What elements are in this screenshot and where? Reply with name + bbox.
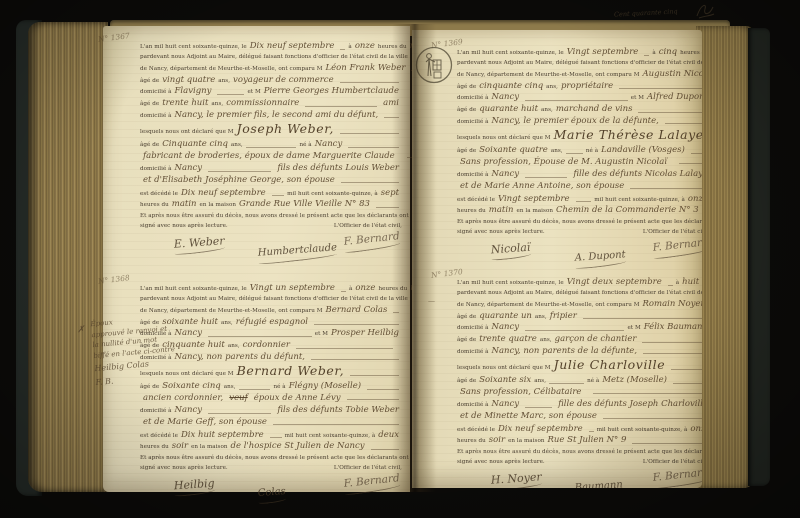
deceased-domicile: Nancy: [492, 170, 520, 179]
death-date: Dix neuf septembre: [498, 425, 583, 434]
printed-text: signé avec nous après lecture.: [457, 229, 545, 237]
death-hour: sept: [381, 189, 399, 198]
printed-text: ans,: [540, 337, 552, 345]
form-line: âgé de trente huit ans, commissionnaire …: [140, 99, 402, 109]
officer-row: signé avec nous après lecture. L'Officie…: [457, 229, 702, 237]
signature-officer: F. Bernard: [343, 231, 400, 252]
register-page-left: N° 1367 L'an mil huit cent soixante-quin…: [103, 26, 410, 492]
printed-text: en la maison: [200, 202, 236, 210]
printed-text: pardevant nous Adjoint au Maire, délégué…: [140, 296, 408, 304]
signature-officer: F. Bernard: [652, 237, 702, 258]
form-line: domicilié à Flavigny et M Pierre Georges…: [140, 87, 402, 97]
form-line: domicilié à Nancy fille des défunts Jose…: [457, 400, 702, 410]
folio-paraph: [694, 2, 716, 20]
form-line: âgé de cinquante cinq ans, propriétaire: [457, 82, 702, 92]
form-line-status: Sans profession, Célibataire: [457, 388, 702, 397]
form-line: Et après nous être assuré du décès, nous…: [140, 455, 402, 463]
printed-text: âgé de: [457, 107, 476, 115]
deceased-birthplace: Landaville (Vosges): [601, 146, 685, 155]
death-hour: onze: [690, 425, 702, 434]
entry-hour: onze: [355, 284, 375, 293]
signature-witness1: Nicolaï: [490, 241, 531, 260]
form-line: domicilié à Nancy, non parents de la déf…: [457, 347, 702, 357]
form-line: Et après nous être assuré du décès, nous…: [457, 219, 702, 227]
rule-line: [311, 358, 399, 360]
signatures: E. Weber Humbertclaude F. Bernard: [140, 236, 402, 266]
witness2-age: quarante huit: [479, 105, 538, 114]
form-line-death: est décédé le Dix neuf septembre mil hui…: [457, 425, 702, 435]
form-line: domicilié à Nancy, le premier époux de l…: [457, 117, 702, 127]
rule-line: [642, 341, 702, 343]
printed-text: né à: [273, 384, 285, 392]
rule-line: [679, 162, 702, 164]
witnesses-relation: Nancy, le premier fils, le second ami du…: [175, 111, 379, 120]
rule-line: [208, 412, 271, 414]
printed-text: L'an mil huit cent soixante-quinze, le: [457, 280, 564, 288]
witness1-occupation: fripier: [550, 312, 577, 321]
deceased-age: Soixante cinq: [162, 382, 221, 391]
rule-line: [691, 152, 702, 154]
printed-text: de Nancy, département de Meurthe-et-Mose…: [457, 302, 640, 310]
death-date: Dix huit septembre: [181, 431, 264, 440]
rule-line: [340, 81, 399, 83]
signature-witness1: H. Noyer: [491, 471, 543, 488]
death-record-1370: N° 1370 L'an mil huit cent soixante-quin…: [457, 278, 702, 488]
rule-line: [340, 48, 345, 50]
entry-date: Dix neuf septembre: [250, 42, 335, 51]
printed-text: lesquels nous ont déclaré que M: [140, 129, 234, 137]
printed-text: ans,: [218, 78, 230, 86]
witness2-name: Pierre Georges Humbertclaude: [264, 87, 399, 96]
rule-line: [632, 442, 702, 444]
printed-text: domicilié à: [457, 172, 489, 180]
printed-text: mil huit cent soixante-quinze, à: [287, 191, 378, 199]
closing-paragraph: Et après nous être assuré du décès, nous…: [140, 455, 402, 473]
printed-text: heures du: [140, 444, 169, 452]
printed-text: et M: [631, 95, 644, 103]
printed-text: domicilié à: [457, 349, 489, 357]
witness2-name: Prosper Heilbig: [331, 329, 399, 338]
rule-line: [341, 181, 399, 183]
rule-line: [589, 430, 594, 432]
printed-text: L'an mil huit cent soixante-quinze, le: [140, 286, 247, 294]
rule-line: [217, 93, 244, 95]
form-line-status: fabricant de broderies, époux de dame Ma…: [140, 152, 402, 161]
printed-text: âgé de: [140, 142, 159, 150]
printed-text: en la maison: [508, 438, 544, 446]
printed-text: en la maison: [191, 444, 227, 452]
printed-text: signé avec nous après lecture.: [140, 223, 228, 231]
printed-text: domicilié à: [457, 402, 489, 410]
printed-text: né à: [587, 378, 599, 386]
margin-dash-mark: —: [428, 298, 435, 305]
form-line: domicilié à Nancy fils des défunts Louis…: [140, 164, 402, 174]
form-line-status: Sans profession, Épouse de M. Augustin N…: [457, 158, 702, 167]
death-period: matin: [172, 200, 197, 209]
officer-row: signé avec nous après lecture. L'Officie…: [140, 223, 402, 231]
printed-text: à: [348, 44, 351, 52]
rule-line: [239, 388, 271, 390]
signatures: Heilbig Colas F. Bernard: [140, 478, 402, 508]
rule-line: [643, 352, 702, 354]
form-line: âgé de quarante un ans, fripier: [457, 312, 702, 322]
rule-line: [270, 436, 282, 438]
form-line: Et après nous être assuré du décès, nous…: [140, 213, 402, 221]
form-line: âgé de vingt quatre ans, voyageur de com…: [140, 76, 402, 86]
rule-line: [371, 448, 399, 450]
witness2-occupation: marchand de vins: [556, 105, 633, 114]
rule-line: [525, 406, 552, 408]
entry-hour: onze: [355, 42, 375, 51]
printed-text: heures du: [457, 438, 486, 446]
form-line: pardevant nous Adjoint au Maire, délégué…: [457, 60, 702, 68]
deceased-age: Soixante six: [479, 376, 531, 385]
rule-line: [208, 335, 312, 337]
rule-line: [644, 54, 649, 56]
printed-text: ans,: [231, 142, 243, 150]
printed-text: à: [349, 286, 352, 294]
printed-text: âgé de: [457, 337, 476, 345]
officer-label: L'Officier de l'état civil,: [643, 229, 702, 237]
deceased-status: ancien cordonnier,: [143, 394, 223, 403]
binding-edge-right: [748, 28, 770, 486]
witness2-occupation: commissionnaire: [226, 99, 299, 108]
rule-line: [208, 170, 271, 172]
officer-row: signé avec nous après lecture. L'Officie…: [140, 465, 402, 473]
printed-text: âgé de: [457, 314, 476, 322]
printed-text: est décédé le: [457, 427, 495, 435]
death-period: soir: [489, 436, 505, 445]
rule-line: [668, 284, 673, 286]
page-edges-left: [28, 22, 108, 492]
form-line: heures du matin en la maison Grande Rue …: [140, 200, 402, 210]
margin-cross-mark: ✗: [77, 324, 86, 338]
printed-text: âgé de: [140, 78, 159, 86]
form-line: pardevant nous Adjoint au Maire, délégué…: [457, 290, 702, 298]
signature-witness1: E. Weber: [174, 235, 226, 255]
signature-witness2: Baumann: [575, 480, 624, 488]
closing-paragraph: Et après nous être assuré du décès, nous…: [457, 219, 702, 237]
death-house: Chemin de la Commanderie N° 3: [556, 206, 699, 215]
death-date: Dix neuf septembre: [181, 189, 266, 198]
mother-line: et d'Elisabeth Joséphine George, son épo…: [143, 176, 335, 185]
witnesses-relation: Nancy, le premier époux de la défunte,: [492, 117, 659, 126]
rule-line: [619, 87, 702, 89]
signature-officer: F. Bernard: [343, 473, 400, 494]
death-period: soir: [172, 442, 188, 451]
printed-text: domicilié à: [140, 408, 172, 416]
rule-line: [376, 206, 399, 208]
printed-text: mil huit cent soixante-quinze, à: [597, 427, 688, 435]
printed-text: L'an mil huit cent soixante-quinze, le: [140, 44, 247, 52]
entry-date: Vingt septembre: [567, 48, 639, 57]
form-line-death: est décédé le Dix neuf septembre mil hui…: [140, 189, 402, 199]
form-line: âgé de quarante huit ans, marchand de vi…: [457, 105, 702, 115]
witness2-occupation: garçon de chantier: [555, 335, 637, 344]
deceased-name: Joseph Weber,: [237, 123, 334, 136]
page-edges-right: [696, 26, 754, 488]
margin-annotation: ✗ Époux approuvé le renvoi et la nullité…: [90, 309, 214, 389]
form-line: domicilié à Nancy, le premier fils, le s…: [140, 111, 402, 121]
record-number: N° 1367: [98, 32, 130, 43]
witnesses-relation: Nancy, non parents de la défunte,: [492, 347, 638, 356]
rule-line: [272, 194, 284, 196]
printed-text: mil huit cent soixante-quinze, à: [594, 197, 685, 205]
death-house: Grande Rue Ville Vieille N° 83: [239, 200, 370, 209]
death-period: matin: [489, 206, 514, 215]
form-line: pardevant nous Adjoint au Maire, délégué…: [140, 296, 402, 304]
rule-line: [583, 317, 702, 319]
mother-line: et de Minette Marc, son épouse: [460, 412, 597, 421]
form-line-opening: L'an mil huit cent soixante-quinze, le V…: [457, 278, 702, 288]
printed-text: Et après nous être assuré du décès, nous…: [140, 213, 409, 221]
mother-line: et de Marie Geff, son épouse: [143, 418, 267, 427]
witness1-occupation: voyageur de commerce: [233, 76, 334, 85]
rule-line: [407, 156, 412, 158]
printed-text: âgé de: [457, 148, 476, 156]
death-record-1367: N° 1367 L'an mil huit cent soixante-quin…: [140, 42, 402, 266]
form-line-opening: L'an mil huit cent soixante-quinze, le V…: [140, 284, 402, 294]
signature-witness2: A. Dupont: [575, 250, 627, 269]
signatures: H. Noyer Baumann F. Bernard: [457, 472, 702, 488]
rule-line: [296, 347, 393, 349]
form-line-declaration: lesquels nous ont déclaré que M Julie Ch…: [457, 359, 702, 373]
printed-text: de Nancy, département de Meurthe-et-Mose…: [457, 72, 640, 80]
form-line: âgé de Soixante six ans, né à Metz (Mose…: [457, 376, 702, 386]
printed-text: ans,: [535, 314, 547, 322]
father-line: fille des défunts Joseph Charloville: [558, 400, 702, 409]
printed-text: ans,: [224, 384, 236, 392]
signature-officer: F. Bernard: [652, 467, 702, 488]
record-number: N° 1368: [98, 274, 130, 285]
printed-text: et M: [315, 331, 328, 339]
margin-signature: Heilbig: [94, 362, 124, 374]
form-line: domicilié à Nancy fille des défunts Nico…: [457, 170, 702, 180]
printed-text: domicilié à: [140, 166, 172, 174]
deceased-name: Julie Charloville: [554, 359, 666, 372]
rule-line: [341, 290, 346, 292]
rule-line: [350, 374, 399, 376]
officer-row: signé avec nous après lecture. L'Officie…: [457, 459, 702, 467]
witness2-name: Félix Baumann: [644, 323, 702, 332]
deceased-status-continued: époux de Anne Lévy: [254, 394, 341, 403]
rule-line: [549, 382, 584, 384]
death-house: de l'hospice St Julien de Nancy: [231, 442, 365, 451]
officer-label: L'Officier de l'état civil,: [643, 459, 702, 467]
printed-text: et M: [247, 89, 260, 97]
witness1-name: Bernard Colas: [326, 306, 388, 315]
entry-date: Vingt un septembre: [250, 284, 335, 293]
signature-witness2: Colas: [258, 487, 287, 504]
rule-line: [630, 187, 702, 189]
form-line: domicilié à Nancy fils des défunts Tobie…: [140, 406, 402, 416]
printed-text: ans,: [534, 378, 546, 386]
form-line: âgé de trente quatre ans, garçon de chan…: [457, 335, 702, 345]
form-line-death: est décédé le Dix huit septembre mil hui…: [140, 431, 402, 441]
rule-line: [566, 152, 583, 154]
form-line: et de Marie Anne Antoine, son épouse: [457, 182, 702, 191]
printed-text: né à: [586, 148, 598, 156]
printed-text: est décédé le: [140, 433, 178, 441]
printed-text: heures du: [140, 202, 169, 210]
entry-hour: cinq: [659, 48, 677, 57]
printed-text: lesquels nous ont déclaré que M: [457, 365, 551, 373]
folio-number-note: Cent quarante cinq: [614, 8, 678, 18]
witness1-name: Romain Noyer: [643, 300, 703, 309]
rule-line: [671, 368, 702, 370]
witness1-occupation: propriétaire: [561, 82, 613, 91]
deceased-birthplace: Metz (Moselle): [602, 376, 667, 385]
rule-line: [305, 105, 377, 107]
signature-witness1: Heilbig: [173, 477, 215, 496]
rule-line: [525, 329, 624, 331]
form-line: âgé de Soixante cinq ans, né à Flégny (M…: [140, 382, 402, 392]
witness1-age: cinquante cinq: [479, 82, 543, 91]
deceased-status: Sans profession, Épouse de M. Augustin N…: [460, 158, 667, 167]
deceased-domicile: Nancy: [175, 406, 203, 415]
rule-line: [638, 111, 702, 113]
rule-line: [348, 146, 399, 148]
rule-line: [246, 146, 297, 148]
rule-line: [314, 323, 399, 325]
printed-text: domicilié à: [140, 113, 172, 121]
form-line-death: est décédé le Vingt septembre mil huit c…: [457, 195, 702, 205]
printed-text: domicilié à: [457, 119, 489, 127]
printed-text: pardevant nous Adjoint au Maire, délégué…: [140, 54, 408, 62]
printed-text: heures du: [378, 286, 407, 294]
printed-text: mil huit cent soixante-quinze, à: [285, 433, 376, 441]
deceased-birthplace: Nancy: [315, 140, 343, 149]
death-date: Vingt septembre: [498, 195, 570, 204]
printed-text: lesquels nous ont déclaré que M: [457, 135, 551, 143]
printed-text: âgé de: [140, 384, 159, 392]
form-line: domicilié à Nancy et M Alfred Dupont: [457, 93, 702, 103]
form-line: et d'Elisabeth Joséphine George, son épo…: [140, 176, 402, 185]
printed-text: âgé de: [457, 378, 476, 386]
printed-text: signé avec nous après lecture.: [140, 465, 228, 473]
witness1-occupation: réfugié espagnol: [236, 318, 308, 327]
closing-paragraph: Et après nous être assuré du décès, nous…: [457, 449, 702, 467]
death-hour: onze: [688, 195, 702, 204]
printed-text: né à: [299, 142, 311, 150]
closing-paragraph: Et après nous être assuré du décès, nous…: [140, 213, 402, 231]
rule-line: [673, 382, 702, 384]
father-line: fils des défunts Louis Weber: [277, 164, 399, 173]
printed-text: Et après nous être assuré du décès, nous…: [457, 219, 702, 227]
printed-text: âgé de: [457, 84, 476, 92]
witness2-age: trente huit: [162, 99, 208, 108]
printed-text: heures du: [378, 44, 407, 52]
rule-line: [393, 311, 399, 313]
printed-text: domicilié à: [457, 325, 489, 333]
rule-line: [525, 99, 628, 101]
register-photo: N° 1367 L'an mil huit cent soixante-quin…: [0, 0, 800, 518]
form-line: âgé de Soixante quatre ans, né à Landavi…: [457, 146, 702, 156]
deceased-name: Marie Thérèse Lalaye: [554, 129, 702, 142]
form-line-opening: L'an mil huit cent soixante-quinze, le D…: [140, 42, 402, 52]
form-line: pardevant nous Adjoint au Maire, délégué…: [140, 54, 402, 62]
deceased-domicile: Nancy: [175, 164, 203, 173]
officer-label: L'Officier de l'état civil,: [334, 223, 402, 231]
death-record-1369: N° 1369 L'an mil huit cent soixante-quin…: [457, 48, 702, 272]
father-line: fils des défunts Tobie Weber: [277, 406, 399, 415]
witness1-domicile: Nancy: [492, 323, 520, 332]
mother-line: et de Marie Anne Antoine, son épouse: [460, 182, 624, 191]
printed-text: ans,: [546, 84, 558, 92]
witness1-age: vingt quatre: [162, 76, 215, 85]
form-line: heures du matin en la maison Chemin de l…: [457, 206, 702, 216]
deceased-age: Cinquante cinq: [162, 140, 228, 149]
printed-text: heures du: [680, 50, 702, 58]
witness1-name: Léon Frank Weber: [326, 64, 406, 73]
deceased-status: Sans profession, Célibataire: [460, 388, 581, 397]
officer-label: L'Officier de l'état civil,: [334, 465, 402, 473]
printed-text: signé avec nous après lecture.: [457, 459, 545, 467]
printed-text: domicilié à: [140, 89, 172, 97]
death-hour: deux: [378, 431, 399, 440]
printed-text: à: [652, 50, 655, 58]
deceased-age: Soixante quatre: [479, 146, 548, 155]
printed-text: heures du: [457, 208, 486, 216]
register-page-right: — N° 1369 L'an mil huit cent soixante-qu…: [412, 30, 702, 488]
rule-line: [603, 417, 702, 419]
rule-line: [665, 122, 702, 124]
witness1-name: Augustin Nicolaï: [643, 70, 703, 79]
rule-line: [273, 423, 399, 425]
printed-text: en la maison: [517, 208, 553, 216]
struck-word: veuf: [229, 394, 247, 403]
witness1-domicile: Flavigny: [175, 87, 212, 96]
form-line-status: ancien cordonnier, veuf époux de Anne Lé…: [140, 394, 402, 403]
printed-text: et M: [627, 325, 640, 333]
rule-line: [347, 398, 399, 400]
form-line: Et après nous être assuré du décès, nous…: [457, 449, 702, 457]
form-line: de Nancy, département de Meurthe-et-Mose…: [457, 300, 702, 310]
printed-text: pardevant nous Adjoint au Maire, délégué…: [457, 290, 702, 298]
rule-line: [525, 176, 567, 178]
form-line: de Nancy, département de Meurthe-et-Mose…: [457, 70, 702, 80]
form-line-declaration: lesquels nous ont déclaré que M Marie Th…: [457, 129, 702, 143]
printed-text: ans,: [228, 343, 240, 351]
rule-line: [367, 388, 399, 390]
printed-text: ans,: [221, 320, 233, 328]
printed-text: est décédé le: [457, 197, 495, 205]
printed-text: pardevant nous Adjoint au Maire, délégué…: [457, 60, 702, 68]
printed-text: ans,: [211, 101, 223, 109]
rule-line: [340, 132, 399, 134]
witness2-age: trente quatre: [479, 335, 537, 344]
printed-text: domicilié à: [457, 95, 489, 103]
form-line: âgé de Cinquante cinq ans, né à Nancy: [140, 140, 402, 150]
rule-line: [593, 392, 702, 394]
death-house: Rue St Julien N° 9: [548, 436, 627, 445]
form-line-opening: L'an mil huit cent soixante-quinze, le V…: [457, 48, 702, 58]
printed-text: est décédé le: [140, 191, 178, 199]
form-line: de Nancy, département de Meurthe-et-Mose…: [140, 64, 402, 74]
signature-witness2: Humbertclaude: [258, 243, 338, 263]
rule-line: [576, 200, 592, 202]
printed-text: Et après nous être assuré du décès, nous…: [457, 449, 702, 457]
entry-date: Vingt deux septembre: [567, 278, 662, 287]
witness2-name: Alfred Dupont: [647, 93, 702, 102]
signatures: Nicolaï A. Dupont F. Bernard: [457, 242, 702, 272]
deceased-name: Bernard Weber,: [237, 365, 345, 378]
printed-text: âgé de: [140, 101, 159, 109]
printed-text: ans,: [541, 107, 553, 115]
form-line: heures du soir en la maison de l'hospice…: [140, 442, 402, 452]
witness1-domicile: Nancy: [492, 93, 520, 102]
form-line: et de Minette Marc, son épouse: [457, 412, 702, 421]
